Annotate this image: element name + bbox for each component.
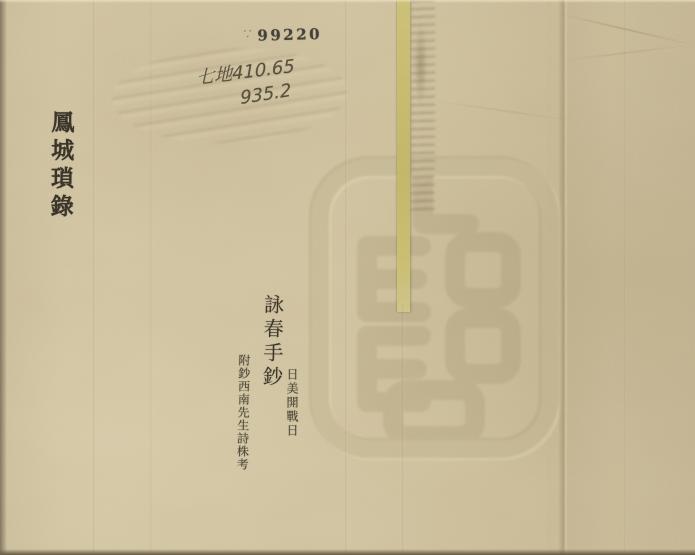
fold-crease — [93, 0, 96, 555]
fold-crease — [402, 305, 405, 555]
page-edge-left — [0, 0, 7, 555]
binding-tape-strip — [397, 0, 410, 312]
ink-smudge-streaks — [411, 0, 435, 215]
fold-crease — [345, 0, 348, 555]
page-fold-shadow — [558, 0, 568, 555]
spine-title: 鳳城瑣錄 — [43, 110, 77, 240]
library-seal-watermark — [303, 150, 569, 468]
date-note-inscription: 日美開戰日 — [284, 368, 301, 453]
accession-stamp: ⸪99220 — [244, 25, 323, 45]
appendix-note-inscription: 附鈔西南先生詩株考 — [234, 354, 253, 479]
page-edge-bottom — [0, 549, 695, 555]
manuscript-cover-scan: ⸪99220 七地410.65 935.2 鳳城瑣錄 詠春手鈔 日美開戰日 附鈔… — [0, 0, 695, 555]
accession-number: 99220 — [257, 25, 322, 45]
right-panel-shading — [568, 0, 695, 555]
page-edge-top — [0, 0, 695, 3]
stamp-prefix-mark: ⸪ — [244, 30, 252, 40]
